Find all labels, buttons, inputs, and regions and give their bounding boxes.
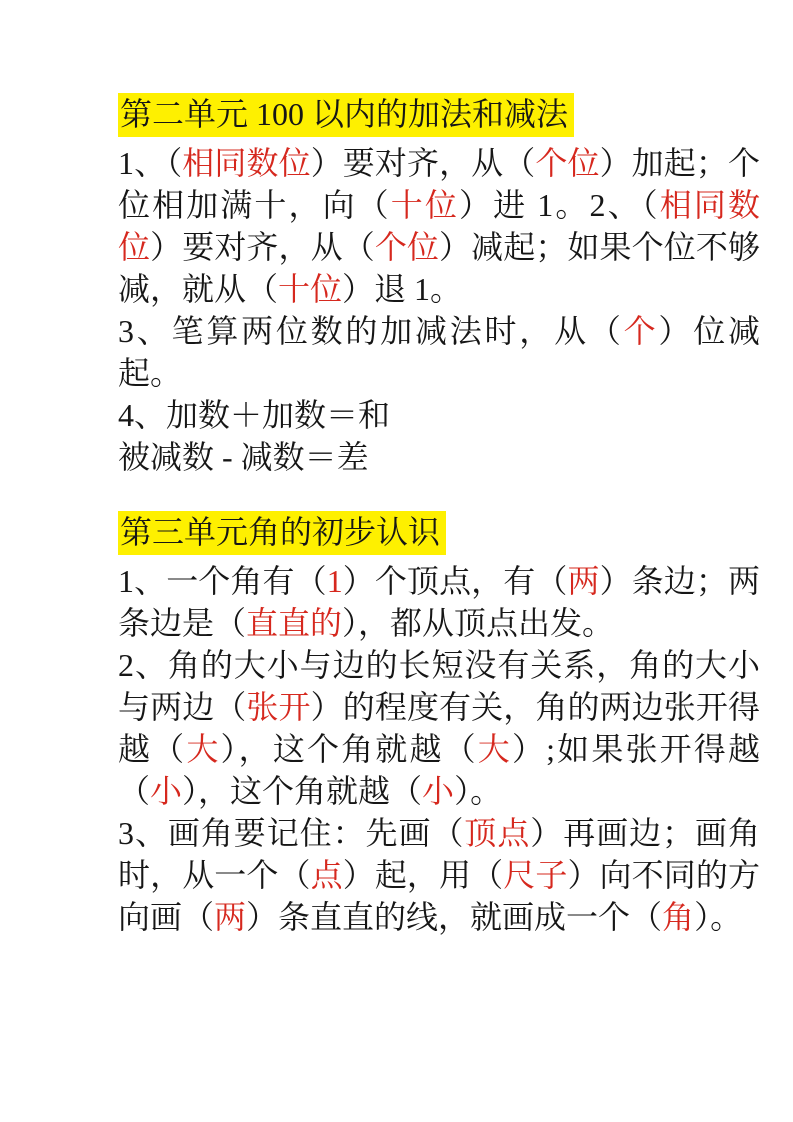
section-heading: 第三单元角的初步认识 [118, 510, 760, 554]
unit-section: 第三单元角的初步认识1、一个角有（1）个顶点，有（两）条边；两条边是（直直的），… [118, 510, 760, 938]
body-text: ）个顶点，有（ [343, 563, 568, 599]
body-text: ）要对齐，从（ [311, 145, 536, 181]
document-content: 第二单元 100 以内的加法和减法1、（相同数位）要对齐，从（个位）加起；个位相… [118, 92, 760, 938]
answer-text: 两 [214, 899, 246, 935]
paragraph: 1、（相同数位）要对齐，从（个位）加起；个位相加满十，向（十位）进 1。2、（相… [118, 142, 760, 310]
paragraph: 被减数 - 减数＝差 [118, 436, 760, 478]
answer-text: 个位 [535, 145, 599, 181]
body-text: 4、加数＋加数＝和 [118, 397, 390, 433]
paragraph: 2、角的大小与边的长短没有关系，角的大小与两边（张开）的程度有关，角的两边张开得… [118, 644, 760, 812]
body-text: ）进 1。2、（ [459, 187, 660, 223]
answer-text: 个位 [375, 229, 439, 265]
answer-text: 1 [327, 563, 343, 599]
body-text: 1、（ [118, 145, 182, 181]
answer-text: 相同数位 [182, 145, 310, 181]
body-text: ），都从顶点出发。 [342, 605, 614, 641]
body-text: ）。 [454, 773, 502, 809]
body-text: ）要对齐，从（ [150, 229, 375, 265]
answer-text: 顶点 [464, 815, 530, 851]
answer-text: 十位 [278, 271, 342, 307]
section-heading: 第二单元 100 以内的加法和减法 [118, 92, 760, 136]
body-text: 1、一个角有（ [118, 563, 327, 599]
paragraph: 3、笔算两位数的加减法时，从（个）位减起。 [118, 310, 760, 394]
body-text: ），这个角就越（ [221, 731, 478, 767]
body-text: 3、画角要记住：先画（ [118, 815, 464, 851]
body-text: ）起，用（ [343, 857, 504, 893]
answer-text: 个 [624, 313, 659, 349]
answer-text: 大 [478, 731, 512, 767]
highlight-mark: 第三单元角的初步认识 [118, 511, 446, 555]
answer-text: 小 [150, 773, 182, 809]
document-page: 第二单元 100 以内的加法和减法1、（相同数位）要对齐，从（个位）加起；个位相… [0, 0, 793, 1122]
body-text: 3、笔算两位数的加减法时，从（ [118, 313, 624, 349]
paragraph: 3、画角要记住：先画（顶点）再画边；画角时，从一个（点）起，用（尺子）向不同的方… [118, 812, 760, 938]
paragraph: 1、一个角有（1）个顶点，有（两）条边；两条边是（直直的），都从顶点出发。 [118, 560, 760, 644]
body-text: ）条直直的线，就画成一个（ [246, 899, 662, 935]
body-text: ）退 1。 [342, 271, 462, 307]
paragraph: 4、加数＋加数＝和 [118, 394, 760, 436]
highlight-mark: 第二单元 100 以内的加法和减法 [118, 93, 574, 137]
body-text: ），这个角就越（ [182, 773, 422, 809]
answer-text: 角 [662, 899, 694, 935]
answer-text: 直直的 [246, 605, 342, 641]
answer-text: 大 [186, 731, 220, 767]
body-text: 被减数 - 减数＝差 [118, 439, 369, 475]
body-text: ）。 [694, 899, 742, 935]
answer-text: 两 [567, 563, 599, 599]
answer-text: 小 [422, 773, 454, 809]
answer-text: 尺子 [503, 857, 567, 893]
answer-text: 十位 [391, 187, 459, 223]
unit-section: 第二单元 100 以内的加法和减法1、（相同数位）要对齐，从（个位）加起；个位相… [118, 92, 760, 478]
answer-text: 点 [311, 857, 343, 893]
answer-text: 张开 [246, 689, 310, 725]
